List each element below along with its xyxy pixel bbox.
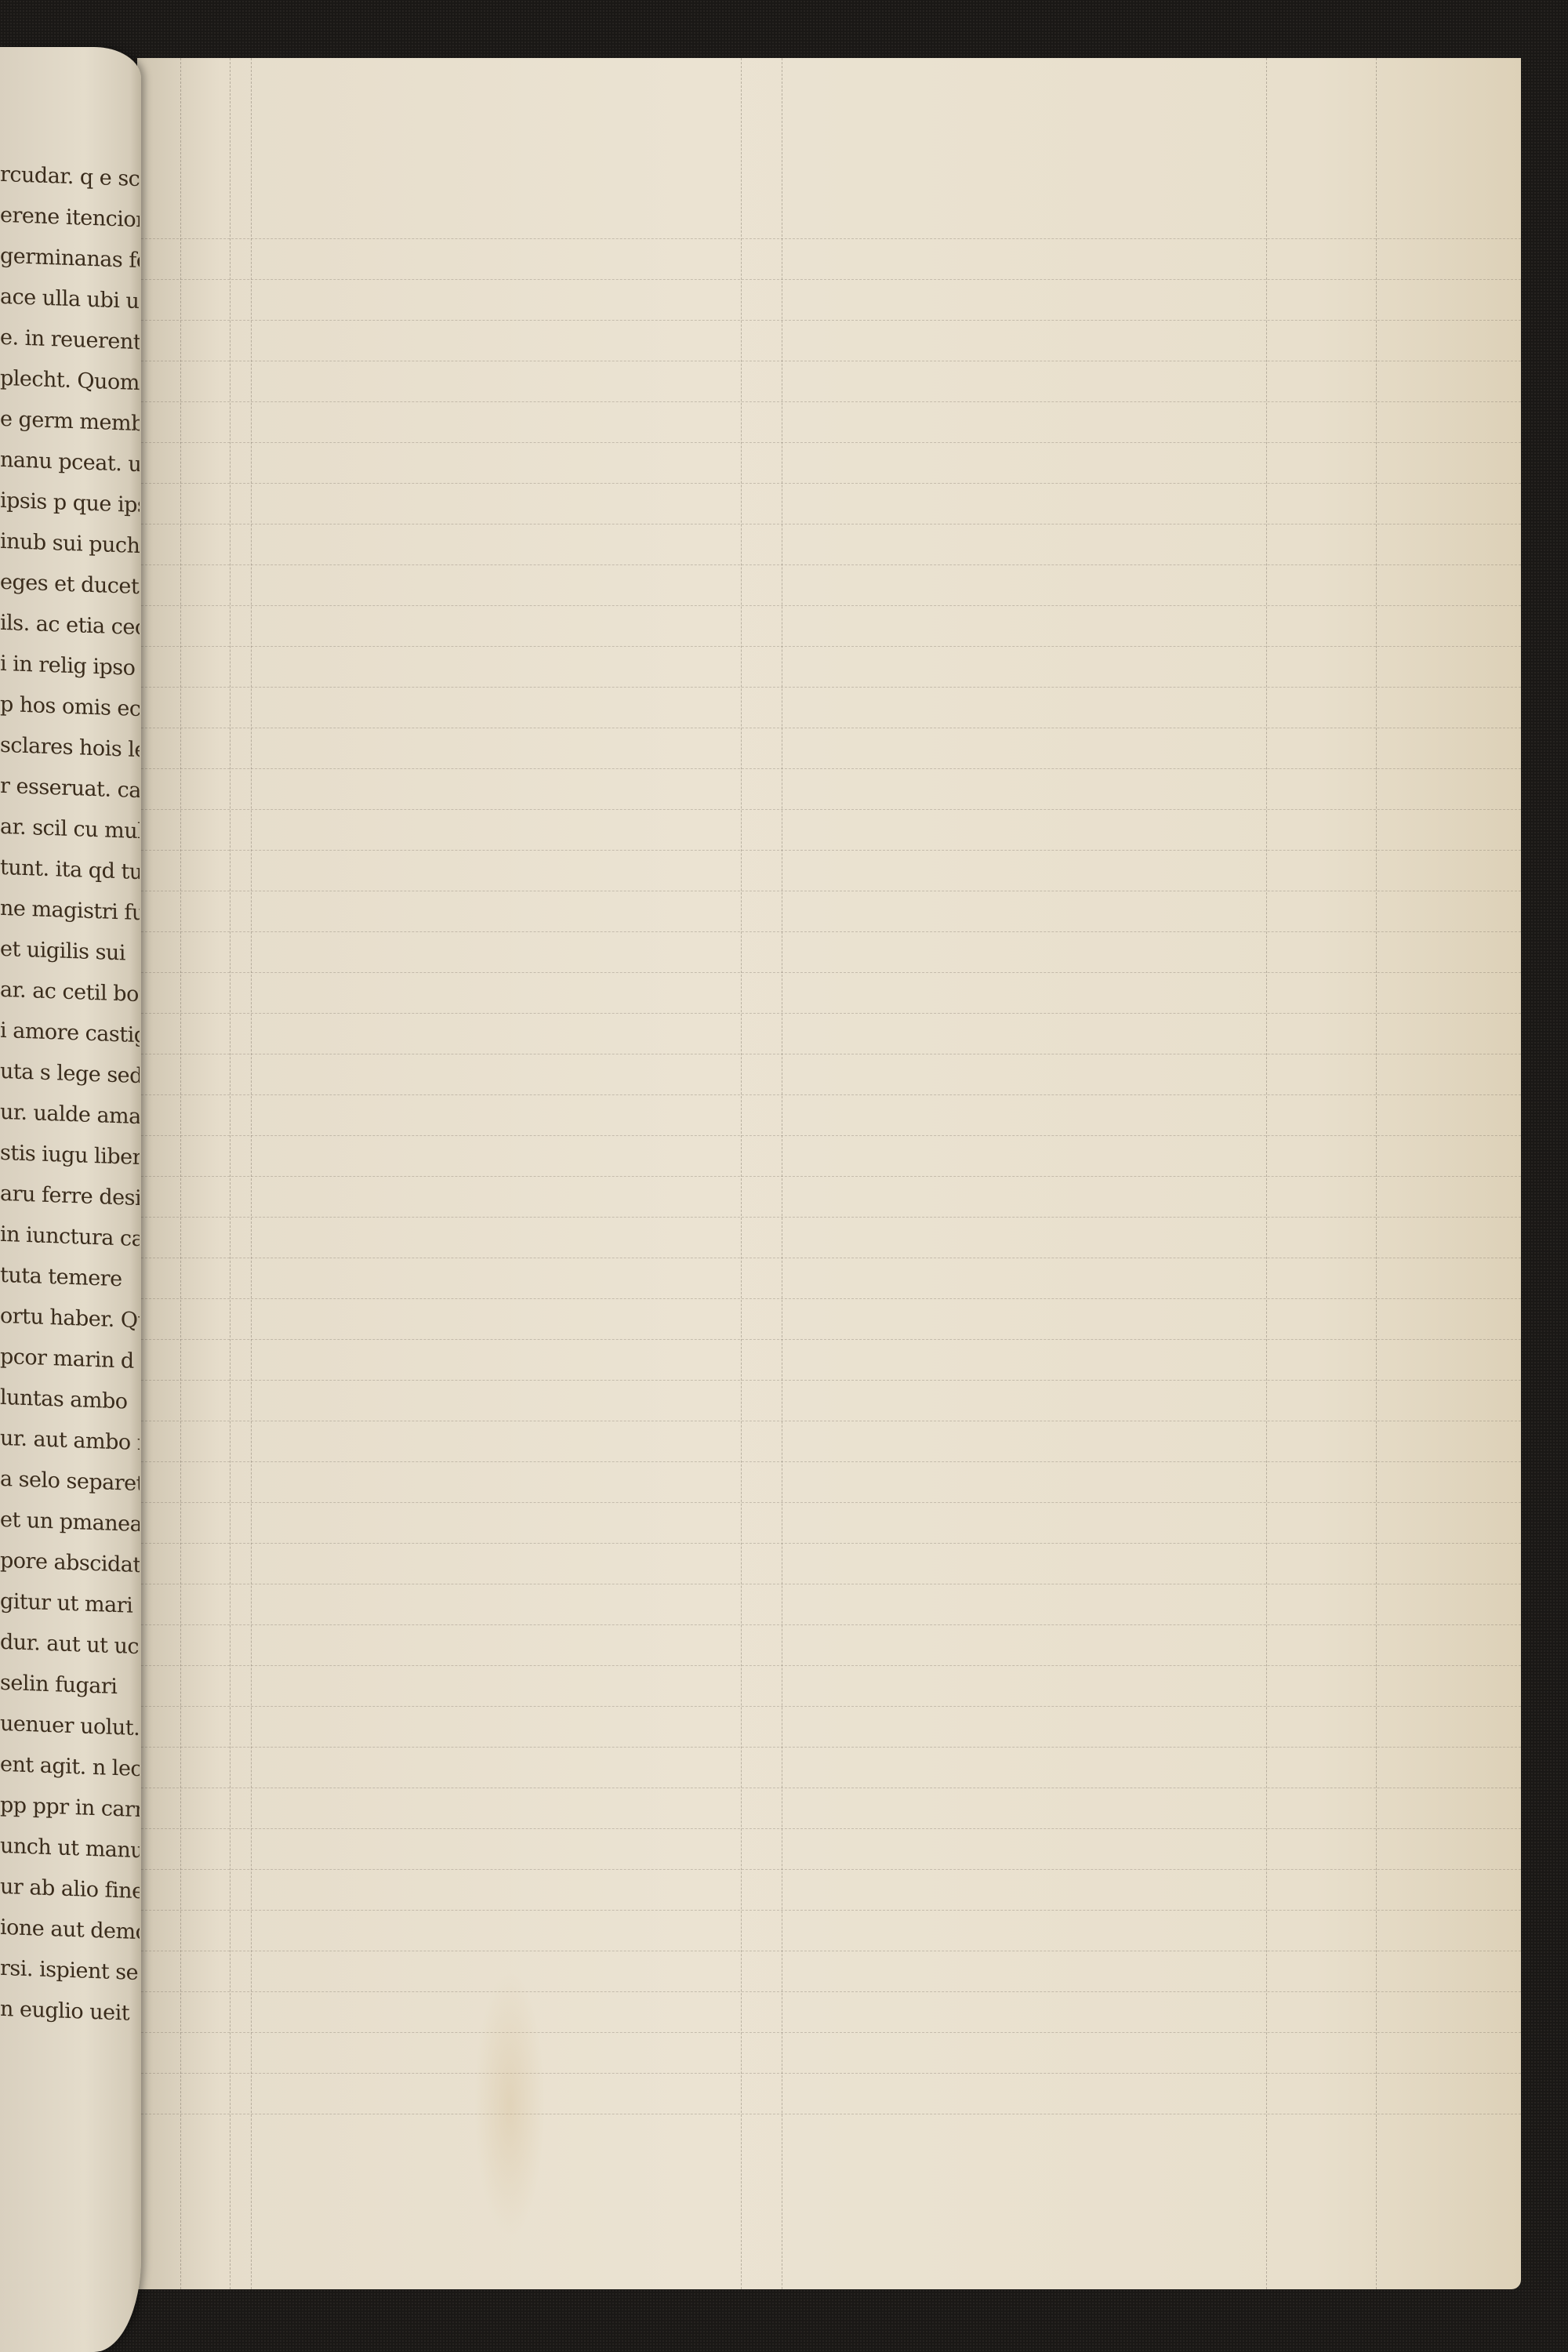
ruling-line [137, 687, 1521, 688]
leaf-text-line: e germ membro [0, 399, 140, 445]
leaf-text-line: ar. scil cu mulus [0, 807, 140, 852]
ruling-line [137, 1094, 1521, 1095]
leaf-text-line: plecht. Quomodo [0, 358, 140, 404]
parchment-stain [474, 1971, 545, 2238]
column-rule [741, 58, 742, 2289]
ruling-line [137, 728, 1521, 728]
column-rule [782, 58, 782, 2289]
leaf-text-line: ar. ac cetil bonis [0, 970, 140, 1015]
leaf-text-line: ipsis p que ipsa ad [0, 481, 140, 526]
ruling-line [137, 1380, 1521, 1381]
ruling-line [137, 646, 1521, 647]
column-rule [1266, 58, 1267, 2289]
leaf-text-line: pore abscidat. Ita [0, 1541, 140, 1586]
ruling-line [137, 1991, 1521, 1992]
leaf-text-line: pp ppr in carnal [0, 1785, 140, 1831]
ruling-line [137, 1054, 1521, 1054]
ruling-line [137, 1135, 1521, 1136]
leaf-text-line: r esseruat. cande [0, 766, 140, 811]
leaf-text-line: uta s lege sed [0, 1051, 140, 1097]
ruling-line [137, 1013, 1521, 1014]
ruling-line [137, 2032, 1521, 2033]
ruling-line [137, 1828, 1521, 1829]
ruling-line [137, 1298, 1521, 1299]
ruling-line [137, 1706, 1521, 1707]
leaf-text-line: aru ferre deside [0, 1174, 140, 1219]
ruling-line [137, 931, 1521, 932]
leaf-text-line: unch ut manu [0, 1826, 140, 1871]
leaf-text-line: ent agit. n lectu [0, 1744, 140, 1790]
leaf-text-line: i amore castiga [0, 1011, 140, 1056]
leaf-text-line: ur. aut ambo r [0, 1418, 140, 1464]
leaf-text-line: p hos omis eccla [0, 684, 140, 730]
leaf-text-line: et un pmanear [0, 1500, 140, 1545]
leaf-text-line: eges et ducet. pcepit [0, 562, 140, 608]
leaf-text-line: erene itencionis ec [0, 195, 140, 241]
leaf-text-line: ur ab alio fine [0, 1867, 140, 1912]
ruling-line [137, 809, 1521, 810]
ruling-line [137, 972, 1521, 973]
ruling-line [137, 1624, 1521, 1625]
leaf-text-line: in iunctura carn [0, 1214, 140, 1260]
left-facing-leaf: rcudar. q e sclariserene itencionis ecge… [0, 47, 141, 2352]
leaf-text-line: tunt. ita qd tunc [0, 848, 140, 893]
ruling-line [137, 1665, 1521, 1666]
leaf-text-line: a selo separet [0, 1459, 140, 1504]
ruling-line [137, 483, 1521, 484]
leaf-text-line: luntas ambo [0, 1377, 140, 1423]
ruling-line [137, 1584, 1521, 1584]
ruling-line [137, 605, 1521, 606]
leaf-text-line: rsi. ispient se [0, 1948, 140, 1994]
ruling-line [137, 768, 1521, 769]
margin-rule [1376, 58, 1377, 2289]
ruling-line [137, 1910, 1521, 1911]
leaf-text-line: inub sui pucheda [0, 521, 140, 567]
ruling-line [137, 1339, 1521, 1340]
ruling-line [137, 1217, 1521, 1218]
ruling-line [137, 2073, 1521, 2074]
ruling-line [137, 1176, 1521, 1177]
ruling-line [137, 442, 1521, 443]
ruling-line [137, 1421, 1521, 1421]
ruling-line [137, 1951, 1521, 1951]
ruling-line [137, 524, 1521, 524]
ruling-line [137, 238, 1521, 239]
ruling-line [137, 1258, 1521, 1258]
leaf-text-line: rcudar. q e sclaris [0, 154, 140, 200]
leaf-text-line: germinanas forti [0, 236, 140, 281]
ruling-line [137, 891, 1521, 891]
leaf-text-line: ace ulla ubi ult la [0, 277, 140, 322]
ruling-line [137, 1788, 1521, 1788]
leaf-text-line: dur. aut ut ucor [0, 1622, 140, 1668]
ruling-line [137, 279, 1521, 280]
leaf-text-line: sclares hois lege di [0, 725, 140, 771]
leaf-text-line: gitur ut mari [0, 1581, 140, 1627]
leaf-text-line: uenuer uolut. [0, 1704, 140, 1749]
ruling-line [137, 1502, 1521, 1503]
leaf-text-line: stis iugu libertat [0, 1133, 140, 1178]
ruling-line [137, 361, 1521, 361]
leaf-text-line: selin fugari [0, 1663, 140, 1708]
ruling-line [137, 2114, 1521, 2114]
ruling-line [137, 1869, 1521, 1870]
ruling-line [137, 564, 1521, 565]
leaf-text-line: e. in reuerentia uel [0, 318, 140, 363]
leaf-text-line: n euglio ueit [0, 1989, 140, 2034]
margin-rule [230, 58, 230, 2289]
column-rule [251, 58, 252, 2289]
ruling-line [137, 1461, 1521, 1462]
ruling-line [137, 401, 1521, 402]
leaf-text-line: pcor marin d [0, 1337, 140, 1382]
ruling-line [137, 1543, 1521, 1544]
margin-rule [180, 58, 181, 2289]
leaf-text-line: et uigilis sui [0, 929, 140, 975]
manuscript-page [137, 58, 1521, 2289]
ruling-line [137, 1747, 1521, 1748]
leaf-text-line: ur. ualde amabile [0, 1092, 140, 1138]
leaf-text-line: i in relig ipso [0, 644, 140, 689]
leaf-text-line: ione aut demoni [0, 1907, 140, 1953]
leaf-text-line: ils. ac etia ceci di [0, 603, 140, 648]
ruling-line [137, 320, 1521, 321]
ruling-line [137, 850, 1521, 851]
leaf-text-line: nanu pceat. unde [0, 440, 140, 485]
leaf-text-line: tuta temere [0, 1255, 140, 1301]
leaf-text-line: ortu haber. Quo [0, 1296, 140, 1341]
leaf-text-line: ne magistri fui [0, 888, 140, 934]
